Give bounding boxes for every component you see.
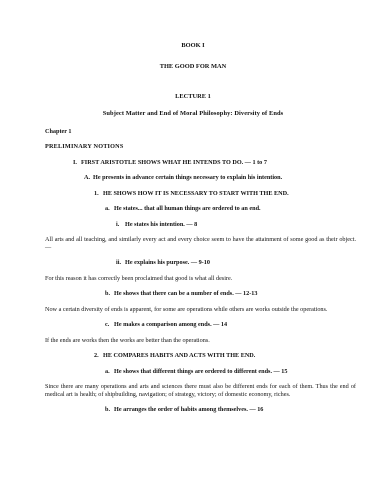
outline-label: I.: [73, 159, 81, 167]
outline-item: a. He shows that different things are or…: [45, 368, 356, 376]
book-subtitle: THE GOOD FOR MAN: [0, 63, 386, 71]
outline-label: ii.: [116, 259, 125, 267]
outline-text: HE SHOWS HOW IT IS NECESSARY TO START WI…: [103, 190, 356, 198]
outline-text: He states his intention. — 8: [125, 221, 356, 229]
outline-label: b.: [105, 290, 114, 298]
outline-label: i.: [116, 221, 125, 229]
lecture-subtitle: Subject Matter and End of Moral Philosop…: [0, 110, 386, 118]
outline-text: He arranges the order of habits among th…: [114, 406, 356, 414]
outline-item: b. He shows that there can be a number o…: [45, 290, 356, 298]
outline-text: He makes a comparison among ends. — 14: [114, 321, 356, 329]
outline-item: b. He arranges the order of habits among…: [45, 406, 356, 414]
outline-text: He explains his purpose. — 9-10: [125, 259, 356, 267]
quote-paragraph: If the ends are works then the works are…: [45, 337, 356, 345]
outline-text: HE COMPARES HABITS AND ACTS WITH THE END…: [103, 352, 356, 360]
outline-label: 1.: [94, 190, 103, 198]
outline-item: i. He states his intention. — 8: [45, 221, 356, 229]
outline-item: 1. HE SHOWS HOW IT IS NECESSARY TO START…: [45, 190, 356, 198]
document-page: BOOK I THE GOOD FOR MAN LECTURE 1 Subjec…: [0, 0, 386, 500]
outline-text: He presents in advance certain things ne…: [93, 174, 356, 182]
outline-item: 2. HE COMPARES HABITS AND ACTS WITH THE …: [45, 352, 356, 360]
quote-paragraph: All arts and all teaching, and similarly…: [45, 236, 356, 251]
outline-label: b.: [105, 406, 114, 414]
outline-item: ii. He explains his purpose. — 9-10: [45, 259, 356, 267]
outline-text: He shows that there can be a number of e…: [114, 290, 356, 298]
outline-item: I. FIRST ARISTOTLE SHOWS WHAT HE INTENDS…: [45, 159, 356, 167]
outline-text: FIRST ARISTOTLE SHOWS WHAT HE INTENDS TO…: [81, 159, 356, 167]
outline-text: He shows that different things are order…: [114, 368, 356, 376]
quote-paragraph: Now a certain diversity of ends is appar…: [45, 306, 356, 314]
outline-item: a. He states... that all human things ar…: [45, 205, 356, 213]
quote-paragraph: Since there are many operations and arts…: [45, 383, 356, 398]
chapter-heading: Chapter 1: [45, 128, 356, 136]
outline-text: He states... that all human things are o…: [114, 205, 356, 213]
outline-item: c. He makes a comparison among ends. — 1…: [45, 321, 356, 329]
outline-label: A.: [84, 174, 93, 182]
lecture-title: LECTURE 1: [0, 93, 386, 101]
outline-label: a.: [105, 368, 114, 376]
book-title: BOOK I: [0, 42, 386, 50]
section-heading: PRELIMINARY NOTIONS: [45, 143, 356, 151]
outline-item: A. He presents in advance certain things…: [45, 174, 356, 182]
outline-label: a.: [105, 205, 114, 213]
outline-label: c.: [105, 321, 114, 329]
quote-paragraph: For this reason it has correctly been pr…: [45, 275, 356, 283]
outline-label: 2.: [94, 352, 103, 360]
